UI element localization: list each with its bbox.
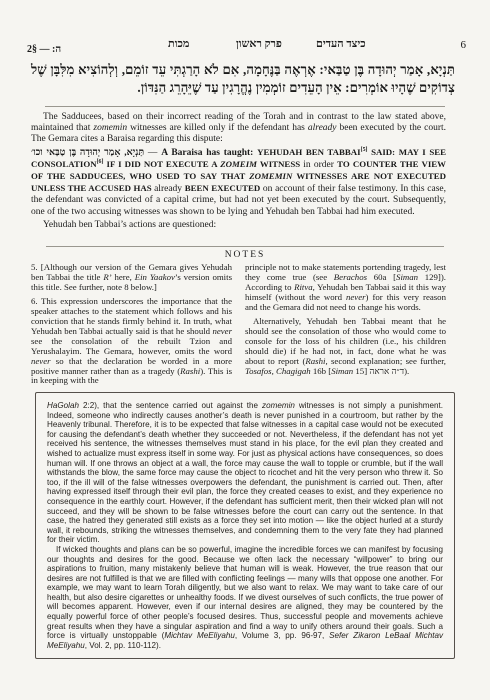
- header-page-number: 6: [461, 39, 467, 51]
- notes-title: NOTES: [0, 250, 490, 260]
- talmud-page: { "header": { "daf_ref": "ה: — §2", "tra…: [0, 0, 490, 700]
- insight-paragraph-1: HaGolah 2:2), that the sentence carried …: [47, 401, 443, 545]
- header-daf-ref: ה: — §2: [27, 39, 61, 57]
- intro-paragraph: The Sadducees, based on their incorrect …: [31, 112, 446, 146]
- translation-paragraph: תַּנְיָא, אָמַר יְהוּדָה בֶּן טַבַּאי וכ…: [31, 147, 446, 218]
- divider-gemara-english: [45, 106, 445, 107]
- notes-left-column: 5. [Although our version of the Gemara g…: [31, 263, 232, 390]
- insight-paragraph-2: If wicked thoughts and plans can be so p…: [47, 545, 443, 651]
- header-chapter: כיצד העדים: [316, 38, 366, 50]
- gemara-hebrew-text: תַּנְיָא, אָמַר יְהוּדָה בֶּן טַבַּאי: א…: [31, 61, 455, 97]
- divider-notes: [46, 246, 444, 247]
- note-paragraph-5: 5. [Although our version of the Gemara g…: [31, 263, 232, 293]
- notes-columns: 5. [Although our version of the Gemara g…: [31, 263, 446, 390]
- header-perek: פרק ראשון: [236, 38, 282, 50]
- notes-right-column: principle not to make statements portend…: [245, 263, 446, 390]
- note-paragraph-6-cont: principle not to make statements portend…: [245, 263, 446, 313]
- note-paragraph-6: 6. This expression underscores the impor…: [31, 297, 232, 387]
- header-tractate: מכות: [168, 38, 189, 50]
- insight-box: HaGolah 2:2), that the sentence carried …: [35, 392, 455, 659]
- note-paragraph-6-alt: Alternatively, Yehudah ben Tabbai meant …: [245, 317, 446, 377]
- questioned-line: Yehudah ben Tabbai’s actions are questio…: [31, 220, 446, 231]
- elucidation-section: The Sadducees, based on their incorrect …: [31, 112, 446, 231]
